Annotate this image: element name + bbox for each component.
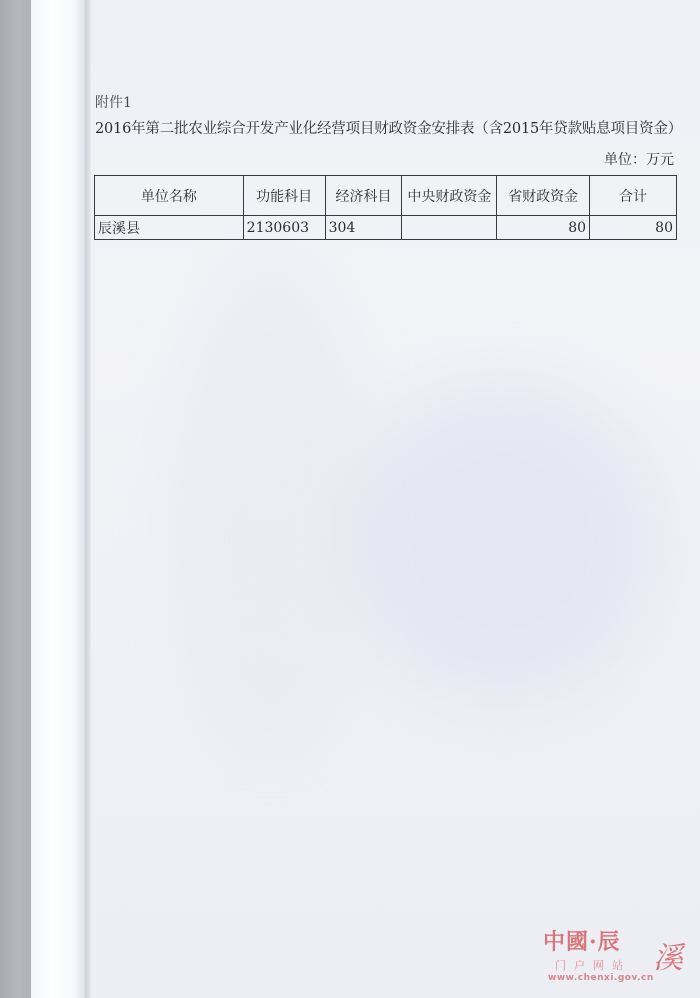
header-unit-name: 单位名称 bbox=[95, 176, 244, 216]
cell-provincial-funds: 80 bbox=[497, 216, 590, 240]
header-economic-subject: 经济科目 bbox=[325, 176, 402, 216]
logo-subtitle: 门户网站 bbox=[555, 957, 631, 973]
folded-paper-strip bbox=[31, 0, 85, 998]
table-row: 辰溪县 2130603 304 80 80 bbox=[95, 216, 677, 240]
logo-main-text: 中國·辰 bbox=[543, 925, 621, 956]
unit-label: 单位：万元 bbox=[604, 149, 674, 169]
attachment-label: 附件1 bbox=[95, 92, 132, 112]
document-title: 2016年第二批农业综合开发产业化经营项目财政资金安排表（含2015年贷款贴息项… bbox=[95, 117, 682, 138]
table-header-row: 单位名称 功能科目 经济科目 中央财政资金 省财政资金 合计 bbox=[95, 176, 677, 216]
scan-stain bbox=[341, 380, 661, 700]
header-provincial-funds: 省财政资金 bbox=[497, 176, 590, 216]
cell-unit-name: 辰溪县 bbox=[95, 216, 244, 240]
header-central-funds: 中央财政资金 bbox=[402, 176, 497, 216]
cell-central-funds bbox=[402, 216, 497, 240]
header-function-subject: 功能科目 bbox=[243, 176, 325, 216]
scan-bleedthrough bbox=[171, 250, 371, 750]
logo-url: www.chenxi.gov.cn bbox=[548, 973, 654, 983]
scanner-edge bbox=[0, 0, 31, 998]
funding-table: 单位名称 功能科目 经济科目 中央财政资金 省财政资金 合计 辰溪县 21306… bbox=[94, 175, 677, 240]
cell-economic-subject: 304 bbox=[325, 216, 402, 240]
logo-char: 溪 bbox=[653, 933, 683, 977]
cell-function-subject: 2130603 bbox=[243, 216, 325, 240]
cell-total: 80 bbox=[590, 216, 677, 240]
header-total: 合计 bbox=[590, 176, 677, 216]
site-watermark-logo: 中國·辰 溪 门户网站 www.chenxi.gov.cn bbox=[543, 925, 693, 990]
